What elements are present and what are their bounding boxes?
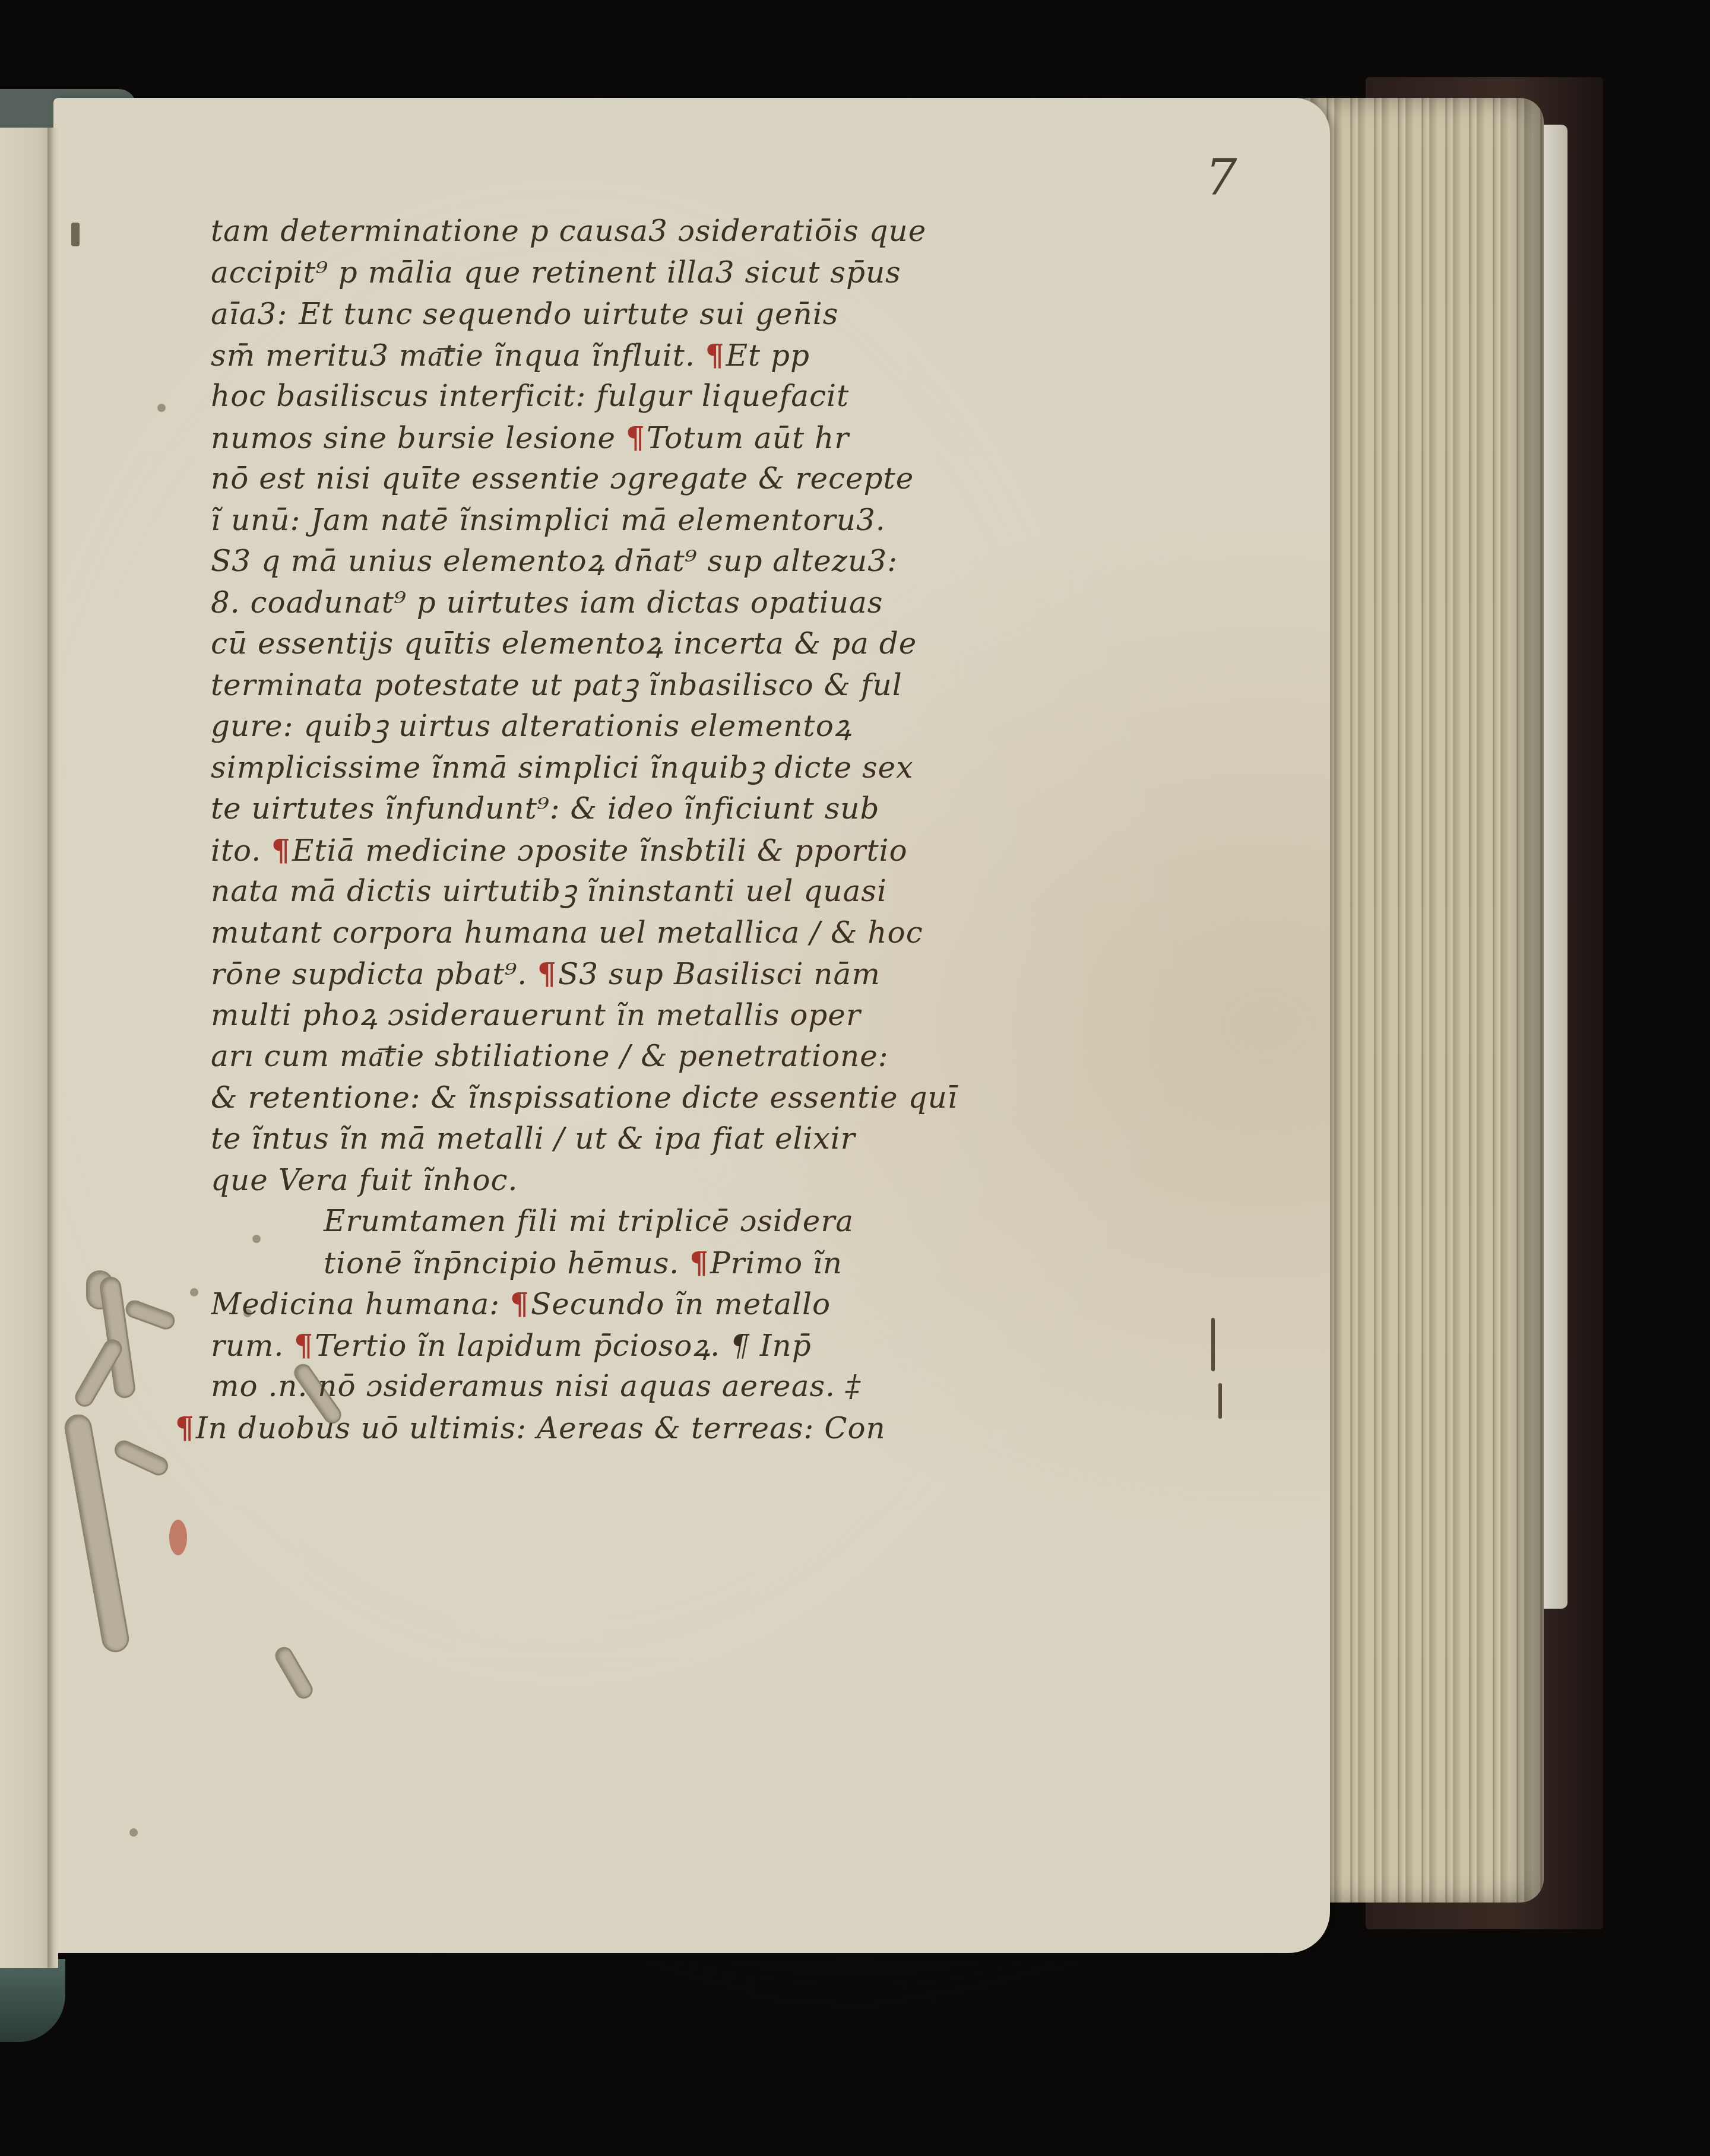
- text-line-6: numos sine bursie lesione ¶Totum aūt hr: [211, 417, 1131, 459]
- text-line-12: terminata potestate ut patꝫ ĩnbasilisco …: [211, 665, 1131, 706]
- pilcrow-rubric: ¶: [271, 833, 291, 868]
- text-line-23: te ĩntus ĩn mā metalli / ut & ipa fiat e…: [211, 1118, 1131, 1160]
- text-line-10: 8. coadunat⁹ p uirtutes iam dictas opati…: [211, 582, 1131, 624]
- pilcrow-rubric: ¶: [705, 338, 725, 373]
- text-line-11: cū essentijs quītis elementoꝝ incerta & …: [211, 623, 1131, 665]
- text-line-14: simplicissime ĩnmā simplici ĩnquibꝫ dict…: [211, 747, 1131, 789]
- text-line-26: tionē ĩnp̄ncipio hēmus. ¶Primo ĩn: [211, 1242, 1131, 1284]
- text-line-20: multi phoꝝ ɔsiderauerunt ĩn metallis ope…: [211, 995, 1131, 1036]
- margin-ink-mark: [1218, 1383, 1222, 1419]
- text-line-27: Medicina humana: ¶Secundo ĩn metallo: [211, 1283, 1131, 1325]
- page-stack-fore-edge: [1294, 98, 1544, 1903]
- text-line-7: nō est nisi quīte essentie ɔgregate & re…: [211, 458, 1131, 500]
- paper-speck: [190, 1288, 198, 1296]
- margin-ink-mark: [71, 223, 80, 246]
- folio-number: 7: [1205, 148, 1237, 207]
- text-line-29: mo .n. nō ɔsideramus nisi aquas aereas. …: [211, 1366, 1131, 1407]
- pilcrow-rubric: ¶: [626, 420, 645, 455]
- text-line-15: te uirtutes ĩnfundunt⁹: & ideo ĩnficiunt…: [211, 788, 1131, 830]
- pilcrow-rubric: ¶: [294, 1328, 313, 1363]
- text-line-1: tam determinatione p causa3 ɔsideratiōis…: [211, 211, 1131, 252]
- gutter: [47, 128, 58, 1968]
- text-line-3: aīa3: Et tunc sequendo uirtute sui gen̄i…: [211, 293, 1131, 335]
- text-line-8: ĩ unū: Jam natē ĩnsimplici mā elementoru…: [211, 500, 1131, 541]
- text-line-28: rum. ¶Tertio ĩn lapidum p̄ciosoꝝ. ¶ Inp̄: [211, 1325, 1131, 1366]
- text-line-25: Erumtamen fili mi triplicē ɔsidera: [211, 1201, 1131, 1242]
- paper-speck: [129, 1828, 138, 1837]
- text-line-19: rōne supdicta pbat⁹. ¶S3 sup Basilisci n…: [211, 953, 1131, 995]
- text-line-9: S3 q mā unius elementoꝝ dn̄at⁹ sup altez…: [211, 541, 1131, 582]
- text-line-18: mutant corpora humana uel metallica / & …: [211, 912, 1131, 954]
- paper-speck: [157, 404, 166, 412]
- text-line-24: que Vera fuit ĩnhoc.: [211, 1160, 1131, 1201]
- pilcrow-rubric: ¶: [510, 1286, 530, 1321]
- text-line-17: nata mā dictis uirtutibꝫ ĩninstanti uel …: [211, 871, 1131, 912]
- verso-page-edge: [0, 128, 55, 1968]
- text-line-13: gure: quibꝫ uirtus alterationis elemento…: [211, 706, 1131, 747]
- text-line-22: & retentione: & ĩnspissatione dicte esse…: [211, 1077, 1131, 1119]
- manuscript-text-block: tam determinatione p causa3 ɔsideratiōis…: [211, 211, 1131, 1448]
- text-line-21: arı cum ma͞tie sbtiliatione / & penetrat…: [211, 1036, 1131, 1077]
- margin-ink-mark: [1211, 1318, 1215, 1371]
- pilcrow-rubric: ¶: [537, 956, 557, 991]
- endpaper-edge: [1544, 125, 1567, 1609]
- red-ink-stain: [169, 1520, 187, 1555]
- text-line-5: hoc basiliscus interficit: fulgur liquef…: [211, 376, 1131, 417]
- pilcrow-rubric: ¶: [175, 1410, 195, 1445]
- text-line-4: sm̄ meritu3 ma͞tie ĩnqua ĩnfluit. ¶Et pp: [211, 335, 1131, 376]
- text-line-2: accipit⁹ p mālia que retinent illa3 sicu…: [211, 252, 1131, 294]
- text-line-16: ito. ¶Etiā medicine ɔposite ĩnsbtili & p…: [211, 830, 1131, 871]
- text-line-30: ¶In duobus uō ultimis: Aereas & terreas:…: [175, 1407, 1131, 1449]
- pilcrow-rubric: ¶: [689, 1245, 709, 1280]
